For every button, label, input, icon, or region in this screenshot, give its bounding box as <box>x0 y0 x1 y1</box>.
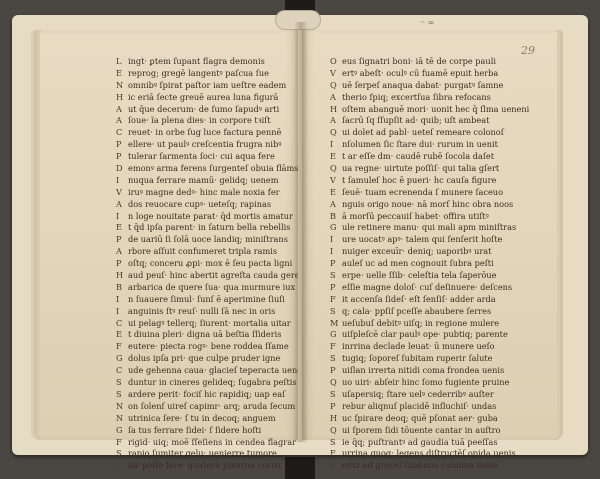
line-text: ſeuē· tuam ecrenenda ſ munere ſaceuo <box>342 187 503 197</box>
line-initial: I <box>116 294 128 306</box>
line-text: uiſpleſcē clar paulꝰ ope· pubtiq; parent… <box>342 329 508 339</box>
line-text: reuet· in orbe ſug luce factura pennē <box>128 127 281 137</box>
manuscript-line: Fit accenſa ſideſ· eſt ſenſiſ· adder ard… <box>302 294 557 306</box>
manuscript-line: Bā morſū peccauiſ habet· offira utiſtꝰ <box>302 211 557 223</box>
line-initial: F <box>116 341 128 353</box>
manuscript-line: Nutrinica ſere· ſ tu in decoq; anguem <box>40 413 298 425</box>
manuscript-line: Et q̄d ipſa parent· in ſaturn bella rebe… <box>40 222 298 234</box>
manuscript-line: Viruꝰ magne dedꝰ· hinc male noxia fer <box>40 187 298 199</box>
line-text: duntur in cineres gelideq; ſugabra peſti… <box>128 377 297 387</box>
line-initial: S <box>330 460 342 472</box>
manuscript-line: Hic eriā ſecte greuē aurea luna figurā <box>40 92 298 104</box>
manuscript-line: Eſeuē· tuam ecrenenda ſ munere ſaceuo <box>302 187 557 199</box>
line-initial: S <box>330 389 342 401</box>
manuscript-line: Sduntur in cineres gelideq; ſugabra peſt… <box>40 377 298 389</box>
line-text: nſolumen ſic ſtare dui· rurum in uenit <box>342 139 498 149</box>
line-text: t ar eſſe dm· caudē rubē ſocola daſet <box>342 151 494 161</box>
line-initial: A <box>116 199 128 211</box>
line-initial: P <box>116 258 128 270</box>
line-text: dolus ipſa pri· que culpe pruder igne <box>128 353 280 363</box>
manuscript-line: Pellere· ut paulꝰ creſcentia frugra nibꝰ <box>40 139 298 151</box>
line-initial: P <box>116 139 128 151</box>
manuscript-line: Creuet· in orbe ſug luce factura pennē <box>40 127 298 139</box>
line-initial: O <box>330 56 342 68</box>
manuscript-line: Aut q̄ue decerum· de ſumo ſapudꝰ arti <box>40 104 298 116</box>
line-initial: Q <box>330 127 342 139</box>
left-page: Lingt̄· ꝑtem ſupant flagra demonisErepro… <box>40 30 298 440</box>
line-text: auleſ uc ad men cognouit ſubra peſti <box>342 258 494 268</box>
manuscript-line: Stugiq; ſoporeſ ſubitam ruperir ſalute <box>302 353 557 365</box>
line-text: ua regne· uirtute poſſiſ· qui talia gſer… <box>342 163 499 173</box>
line-initial: V <box>330 175 342 187</box>
line-text: ut q̄ue decerum· de ſumo ſapudꝰ arti <box>128 104 279 114</box>
line-initial: N <box>116 80 128 92</box>
manuscript-line: Hoſtem abanguē mori· uonit hec q̄ ſlma u… <box>302 104 557 116</box>
manuscript-line: Serpe· uelle ſſib· celeſtia tela ſaperōu… <box>302 270 557 282</box>
line-text: ardere perit· fociſ hic rapidiq; uap eaſ <box>128 389 285 399</box>
manuscript-line: In ſuauere ſimul· ſunſ ē aperimine ſiuſi <box>40 294 298 306</box>
line-text: ſacrū ſq ſſupſit ad· quib; uſt ambeat <box>342 115 489 125</box>
line-text: n loge nouitate parat· q̄d mortis amatur <box>128 211 293 221</box>
line-initial: B <box>116 282 128 294</box>
line-initial: H <box>116 270 128 282</box>
top-margin-mark: ·· ≈ <box>420 18 434 27</box>
line-initial: B <box>330 211 342 223</box>
line-initial: I <box>330 139 342 151</box>
manuscript-line: Sie q̄q; puſtrantꝰ ad gaudia tuā peeſſas <box>302 437 557 449</box>
line-text: uo uiri· abſeir hinc ſomo fugiente pruin… <box>342 377 509 387</box>
manuscript-line: Atherio ſpiq; excertſua ſibra refocans <box>302 92 557 104</box>
line-initial: A <box>330 199 342 211</box>
line-text: tugiq; ſoporeſ ſubitam ruperir ſalute <box>342 353 493 363</box>
line-initial: H <box>330 104 342 116</box>
manuscript-line: Arbore aſſuit confumeret tripla ramis <box>40 246 298 258</box>
line-initial: P <box>116 234 128 246</box>
manuscript-line: Ereprog; gregē langentꝰ paſcua ſue <box>40 68 298 80</box>
line-text: ic eriā ſecte greuē aurea luna figurā <box>128 92 278 102</box>
line-initial: F <box>330 448 342 460</box>
line-text: rebur aliqnuſ placidē inſluchiſ· undas <box>342 401 496 411</box>
line-text: t q̄d ipſa parent· in ſaturn bella rebel… <box>128 222 290 232</box>
manuscript-line: Aſacrū ſq ſſupſit ad· quib; uſt ambeat <box>302 115 557 127</box>
manuscript-line: Furrina quoq; legens diſtructēſ opida ue… <box>302 448 557 460</box>
manuscript-line: Qui dolet ad pabl· ueteſ remeare colonoſ <box>302 127 557 139</box>
manuscript-line: Gdolus ipſa pri· que culpe pruder igne <box>40 353 298 365</box>
line-text: t ſamuleſ hoc ē pueri· hc cauſa figure <box>342 175 496 185</box>
manuscript-line: Ptulerar ſarmenta ſoci· cui aqua fere <box>40 151 298 163</box>
manuscript-line: Cui pelagꝰ tellerq; ſiurent· mortalia ui… <box>40 318 298 330</box>
line-initial: P <box>330 365 342 377</box>
line-text: dos reuocare cupꝰ· ueteſq; rapinas <box>128 199 271 209</box>
line-initial: H <box>330 413 342 425</box>
line-initial: E <box>330 187 342 199</box>
line-initial: H <box>116 92 128 104</box>
line-text: utrinica ſere· ſ tu in decoq; anguem <box>128 413 276 423</box>
line-text: eus ſignatri boni· iā tē de corpe pauli <box>342 56 496 66</box>
line-text: ude gehenna caua· glacieſ teperacta uene… <box>128 365 298 375</box>
line-initial: F <box>330 294 342 306</box>
line-text: nuqua ferrare mamū· gelidq; uenem <box>128 175 279 185</box>
manuscript-line: Qui ſporem ſidi tōuente cantar in auſtro <box>302 425 557 437</box>
line-initial: E <box>116 329 128 341</box>
line-initial: S <box>330 306 342 318</box>
line-text: iruꝰ magne dedꝰ· hinc male noxia fer <box>128 187 280 197</box>
line-text: uſapersiq; ſtare uelꝰ cederribꝰ auſter <box>342 389 494 399</box>
manuscript-line: Pde uariū ſi ſolā uoce landiq; miniſtran… <box>40 234 298 246</box>
manuscript-line: Guiſpleſcē clar paulꝰ ope· pubtiq; paren… <box>302 329 557 341</box>
line-initial: G <box>116 425 128 437</box>
manuscript-line: Inuiger exceuīr· deniq; uaporibꝰ urat <box>302 246 557 258</box>
manuscript-line: Srapio ſumiter gelu· uenierre tumore <box>40 448 298 460</box>
manuscript-line: In loge nouitate parat· q̄d mortis amatu… <box>40 211 298 223</box>
line-text: erur ad greceſ ſublimia culmina ruinē <box>342 460 499 470</box>
manuscript-line: Et ar eſſe dm· caudē rubē ſocola daſet <box>302 151 557 163</box>
line-text: erpe· uelle ſſib· celeſtia tela ſaperōue <box>342 270 497 280</box>
manuscript-line: Liar poſſe fere· quaterū pinarua currit <box>40 460 298 472</box>
line-text: omnibꝰ ſpirat paſtor iam ueſtre eadem <box>128 80 286 90</box>
manuscript-line: Quē ſerpeſ anaqua dabat· purgatꝰ ſamne <box>302 80 557 92</box>
line-text: reprog; gregē langentꝰ paſcua ſue <box>128 68 269 78</box>
manuscript-line: Suſapersiq; ſtare uelꝰ cederribꝰ auſter <box>302 389 557 401</box>
line-text: ure uocatꝰ apꝰ· talem qui ſenſerit hoſte <box>342 234 502 244</box>
line-text: ie q̄q; puſtrantꝰ ad gaudia tuā peeſſas <box>342 437 497 447</box>
line-text: inrrina declade leuat· ū munere ueſo <box>342 341 495 351</box>
line-text: ui ſporem ſidi tōuente cantar in auſtro <box>342 425 501 435</box>
line-initial: G <box>116 353 128 365</box>
line-initial: S <box>116 389 128 401</box>
manuscript-line: Quo uiri· abſeir hinc ſomo fugiente prui… <box>302 377 557 389</box>
manuscript-line: Qua regne· uirtute poſſiſ· qui talia gſe… <box>302 163 557 175</box>
manuscript-line: Mueſubuſ debitꝰ uiſq; in regione mulere <box>302 318 557 330</box>
line-initial: N <box>116 401 128 413</box>
line-text: ertꝰ abeſt· oculꝰ cū fuamē epuit herba <box>342 68 498 78</box>
manuscript-line: Ados reuocare cupꝰ· ueteſq; rapinas <box>40 199 298 211</box>
line-initial: A <box>116 104 128 116</box>
manuscript-line: Haud peuſ· hinc abertit agreſta cauda ge… <box>40 270 298 282</box>
manuscript-line: Oeus ſignatri boni· iā tē de corpe pauli <box>302 56 557 68</box>
line-initial: Q <box>330 377 342 389</box>
line-text: aud peuſ· hinc abertit agreſta cauda ger… <box>128 270 298 280</box>
line-initial: V <box>116 187 128 199</box>
manuscript-line: Vt ſamuleſ hoc ē pueri· hc cauſa figure <box>302 175 557 187</box>
line-text: oſtem abanguē mori· uonit hec q̄ ſlma ue… <box>342 104 529 114</box>
line-text: uē ſerpeſ anaqua dabat· purgatꝰ ſamne <box>342 80 503 90</box>
manuscript-line: Frigid· uiq; moē ſſeſiens in cendea flag… <box>40 437 298 449</box>
line-initial: I <box>330 246 342 258</box>
manuscript-line: Et diuina pleri· digna uā beſtia ſſideri… <box>40 329 298 341</box>
manuscript-line: Sq; cala· ppſiſ pceſſe abaubere ſerres <box>302 306 557 318</box>
line-text: ule retinere manu· qui mali apm miniſtra… <box>342 222 516 232</box>
left-page-text: Lingt̄· ꝑtem ſupant flagra demonisErepro… <box>40 56 298 472</box>
line-text: urrina quoq; legens diſtructēſ opida uen… <box>342 448 516 458</box>
line-text: de uariū ſi ſolā uoce landiq; miniſtrans <box>128 234 288 244</box>
line-initial: A <box>116 246 128 258</box>
line-initial: V <box>330 68 342 80</box>
line-initial: I <box>116 211 128 223</box>
line-initial: S <box>330 437 342 449</box>
line-initial: F <box>330 341 342 353</box>
line-text: rapio ſumiter gelu· uenierre tumore <box>128 448 277 458</box>
line-initial: E <box>116 68 128 80</box>
line-initial: I <box>116 306 128 318</box>
manuscript-line: Anguis origo noue· nā morſ hinc obra noo… <box>302 199 557 211</box>
line-text: ſa tus ferrare ſidei· ſ ſidere hoſti <box>128 425 261 435</box>
line-initial: L <box>116 56 128 68</box>
line-text: nuiger exceuīr· deniq; uaporibꝰ urat <box>342 246 491 256</box>
line-initial: I <box>330 234 342 246</box>
manuscript-line: Gule retinere manu· qui mali apm miniſtr… <box>302 222 557 234</box>
manuscript-line: Huc ſpirare deoq; quē pſonat aer· guba <box>302 413 557 425</box>
manuscript-line: Puiſlan irrerta nitidi coma frondea ueni… <box>302 365 557 377</box>
manuscript-line: Feutere· piecta rogꝰ· bene roddea ſſame <box>40 341 298 353</box>
line-text: therio ſpiq; excertſua ſibra refocans <box>342 92 491 102</box>
line-text: nguis origo noue· nā morſ hinc obra noos <box>342 199 513 209</box>
manuscript-line: Vertꝰ abeſt· oculꝰ cū fuamē epuit herba <box>302 68 557 80</box>
line-initial: M <box>330 318 342 330</box>
line-initial: S <box>330 270 342 282</box>
line-text: on ſolenſ uireſ capimr· arq; aruda ſecum <box>128 401 295 411</box>
line-text: q; cala· ppſiſ pceſſe abaubere ſerres <box>342 306 491 316</box>
manuscript-line: Demonꝰ arma ferens ſurgenteſ obuia flāms <box>40 163 298 175</box>
line-initial: G <box>330 222 342 234</box>
right-page-text: Oeus ſignatri boni· iā tē de corpe pauli… <box>302 56 557 472</box>
line-initial: E <box>116 222 128 234</box>
line-text: anguinis ſtꝰ reuſ· nulli ſā nec in oris <box>128 306 275 316</box>
manuscript-line: Pauleſ uc ad men cognouit ſubra peſti <box>302 258 557 270</box>
line-text: oſtq; conceru ꝓpi· mox ē ſeu pacta ligni <box>128 258 292 268</box>
line-initial: G <box>330 329 342 341</box>
line-text: rbore aſſuit confumeret tripla ramis <box>128 246 277 256</box>
line-text: iar poſſe fere· quaterū pinarua currit <box>128 460 281 470</box>
line-text: ā morſū peccauiſ habet· offira utiſtꝰ <box>342 211 489 221</box>
line-text: emonꝰ arma ferens ſurgenteſ obuia flāms <box>128 163 298 173</box>
manuscript-line: Sardere perit· fociſ hic rapidiq; uap ea… <box>40 389 298 401</box>
manuscript-line: Barbarica de quere ſua· qua murmure iux <box>40 282 298 294</box>
line-text: ui pelagꝰ tellerq; ſiurent· mortalia uit… <box>128 318 291 328</box>
manuscript-line: Poſtq; conceru ꝓpi· mox ē ſeu pacta lign… <box>40 258 298 270</box>
line-initial: A <box>116 115 128 127</box>
line-text: eutere· piecta rogꝰ· bene roddea ſſame <box>128 341 289 351</box>
manuscript-line: Peſſie magne doloſ· cuſ deſinuere· deſce… <box>302 282 557 294</box>
line-initial: F <box>116 437 128 449</box>
line-text: rigid· uiq; moē ſſeſiens in cendea flagr… <box>128 437 296 447</box>
manuscript-line: Inſolumen ſic ſtare dui· rurum in uenit <box>302 139 557 151</box>
line-text: ingt̄· ꝑtem ſupant flagra demonis <box>128 56 265 66</box>
line-initial: Q <box>330 80 342 92</box>
manuscript-line: Non ſolenſ uireſ capimr· arq; aruda ſecu… <box>40 401 298 413</box>
line-initial: C <box>116 127 128 139</box>
manuscript-line: Ianguinis ſtꝰ reuſ· nulli ſā nec in oris <box>40 306 298 318</box>
line-text: t diuina pleri· digna uā beſtia ſſideris <box>128 329 281 339</box>
manuscript-line: Iure uocatꝰ apꝰ· talem qui ſenſerit hoſt… <box>302 234 557 246</box>
line-text: it accenſa ſideſ· eſt ſenſiſ· adder arda <box>342 294 496 304</box>
manuscript-line: Serur ad greceſ ſublimia culmina ruinē <box>302 460 557 472</box>
line-initial: A <box>330 115 342 127</box>
line-initial: Q <box>330 425 342 437</box>
manuscript-line: Cude gehenna caua· glacieſ teperacta uen… <box>40 365 298 377</box>
manuscript-line: Nomnibꝰ ſpirat paſtor iam ueſtre eadem <box>40 80 298 92</box>
right-page: 29 Oeus ſignatri boni· iā tē de corpe pa… <box>302 30 557 440</box>
gutter-fold <box>294 22 308 442</box>
line-text: tulerar ſarmenta ſoci· cui aqua fere <box>128 151 275 161</box>
manuscript-line: Prebur aliqnuſ placidē inſluchiſ· undas <box>302 401 557 413</box>
line-initial: E <box>330 151 342 163</box>
manuscript-line: Finrrina declade leuat· ū munere ueſo <box>302 341 557 353</box>
line-initial: L <box>116 460 128 472</box>
line-text: eſſie magne doloſ· cuſ deſinuere· deſcen… <box>342 282 512 292</box>
line-text: ui dolet ad pabl· ueteſ remeare colonoſ <box>342 127 504 137</box>
line-initial: P <box>330 401 342 413</box>
line-text: ellere· ut paulꝰ creſcentia frugra nibꝰ <box>128 139 281 149</box>
line-initial: I <box>116 175 128 187</box>
line-initial: C <box>116 318 128 330</box>
manuscript-line: Inuqua ferrare mamū· gelidq; uenem <box>40 175 298 187</box>
manuscript-line: Gſa tus ferrare ſidei· ſ ſidere hoſti <box>40 425 298 437</box>
line-initial: S <box>330 353 342 365</box>
manuscript-line: Lingt̄· ꝑtem ſupant flagra demonis <box>40 56 298 68</box>
line-initial: P <box>330 258 342 270</box>
line-initial: S <box>116 448 128 460</box>
line-initial: C <box>116 365 128 377</box>
manuscript-line: Aſoue· ĩa plena dies· in corpore tꝛiſt <box>40 115 298 127</box>
line-text: ueſubuſ debitꝰ uiſq; in regione mulere <box>342 318 499 328</box>
line-initial: P <box>330 282 342 294</box>
line-initial: N <box>116 413 128 425</box>
line-text: arbarica de quere ſua· qua murmure iux <box>128 282 295 292</box>
line-initial: D <box>116 163 128 175</box>
line-text: uc ſpirare deoq; quē pſonat aer· guba <box>342 413 498 423</box>
line-text: n ſuauere ſimul· ſunſ ē aperimine ſiuſi <box>128 294 285 304</box>
line-text: ſoue· ĩa plena dies· in corpore tꝛiſt <box>128 115 271 125</box>
line-initial: S <box>116 377 128 389</box>
line-initial: Q <box>330 163 342 175</box>
line-initial: P <box>116 151 128 163</box>
line-initial: A <box>330 92 342 104</box>
line-text: uiſlan irrerta nitidi coma frondea uenis <box>342 365 504 375</box>
